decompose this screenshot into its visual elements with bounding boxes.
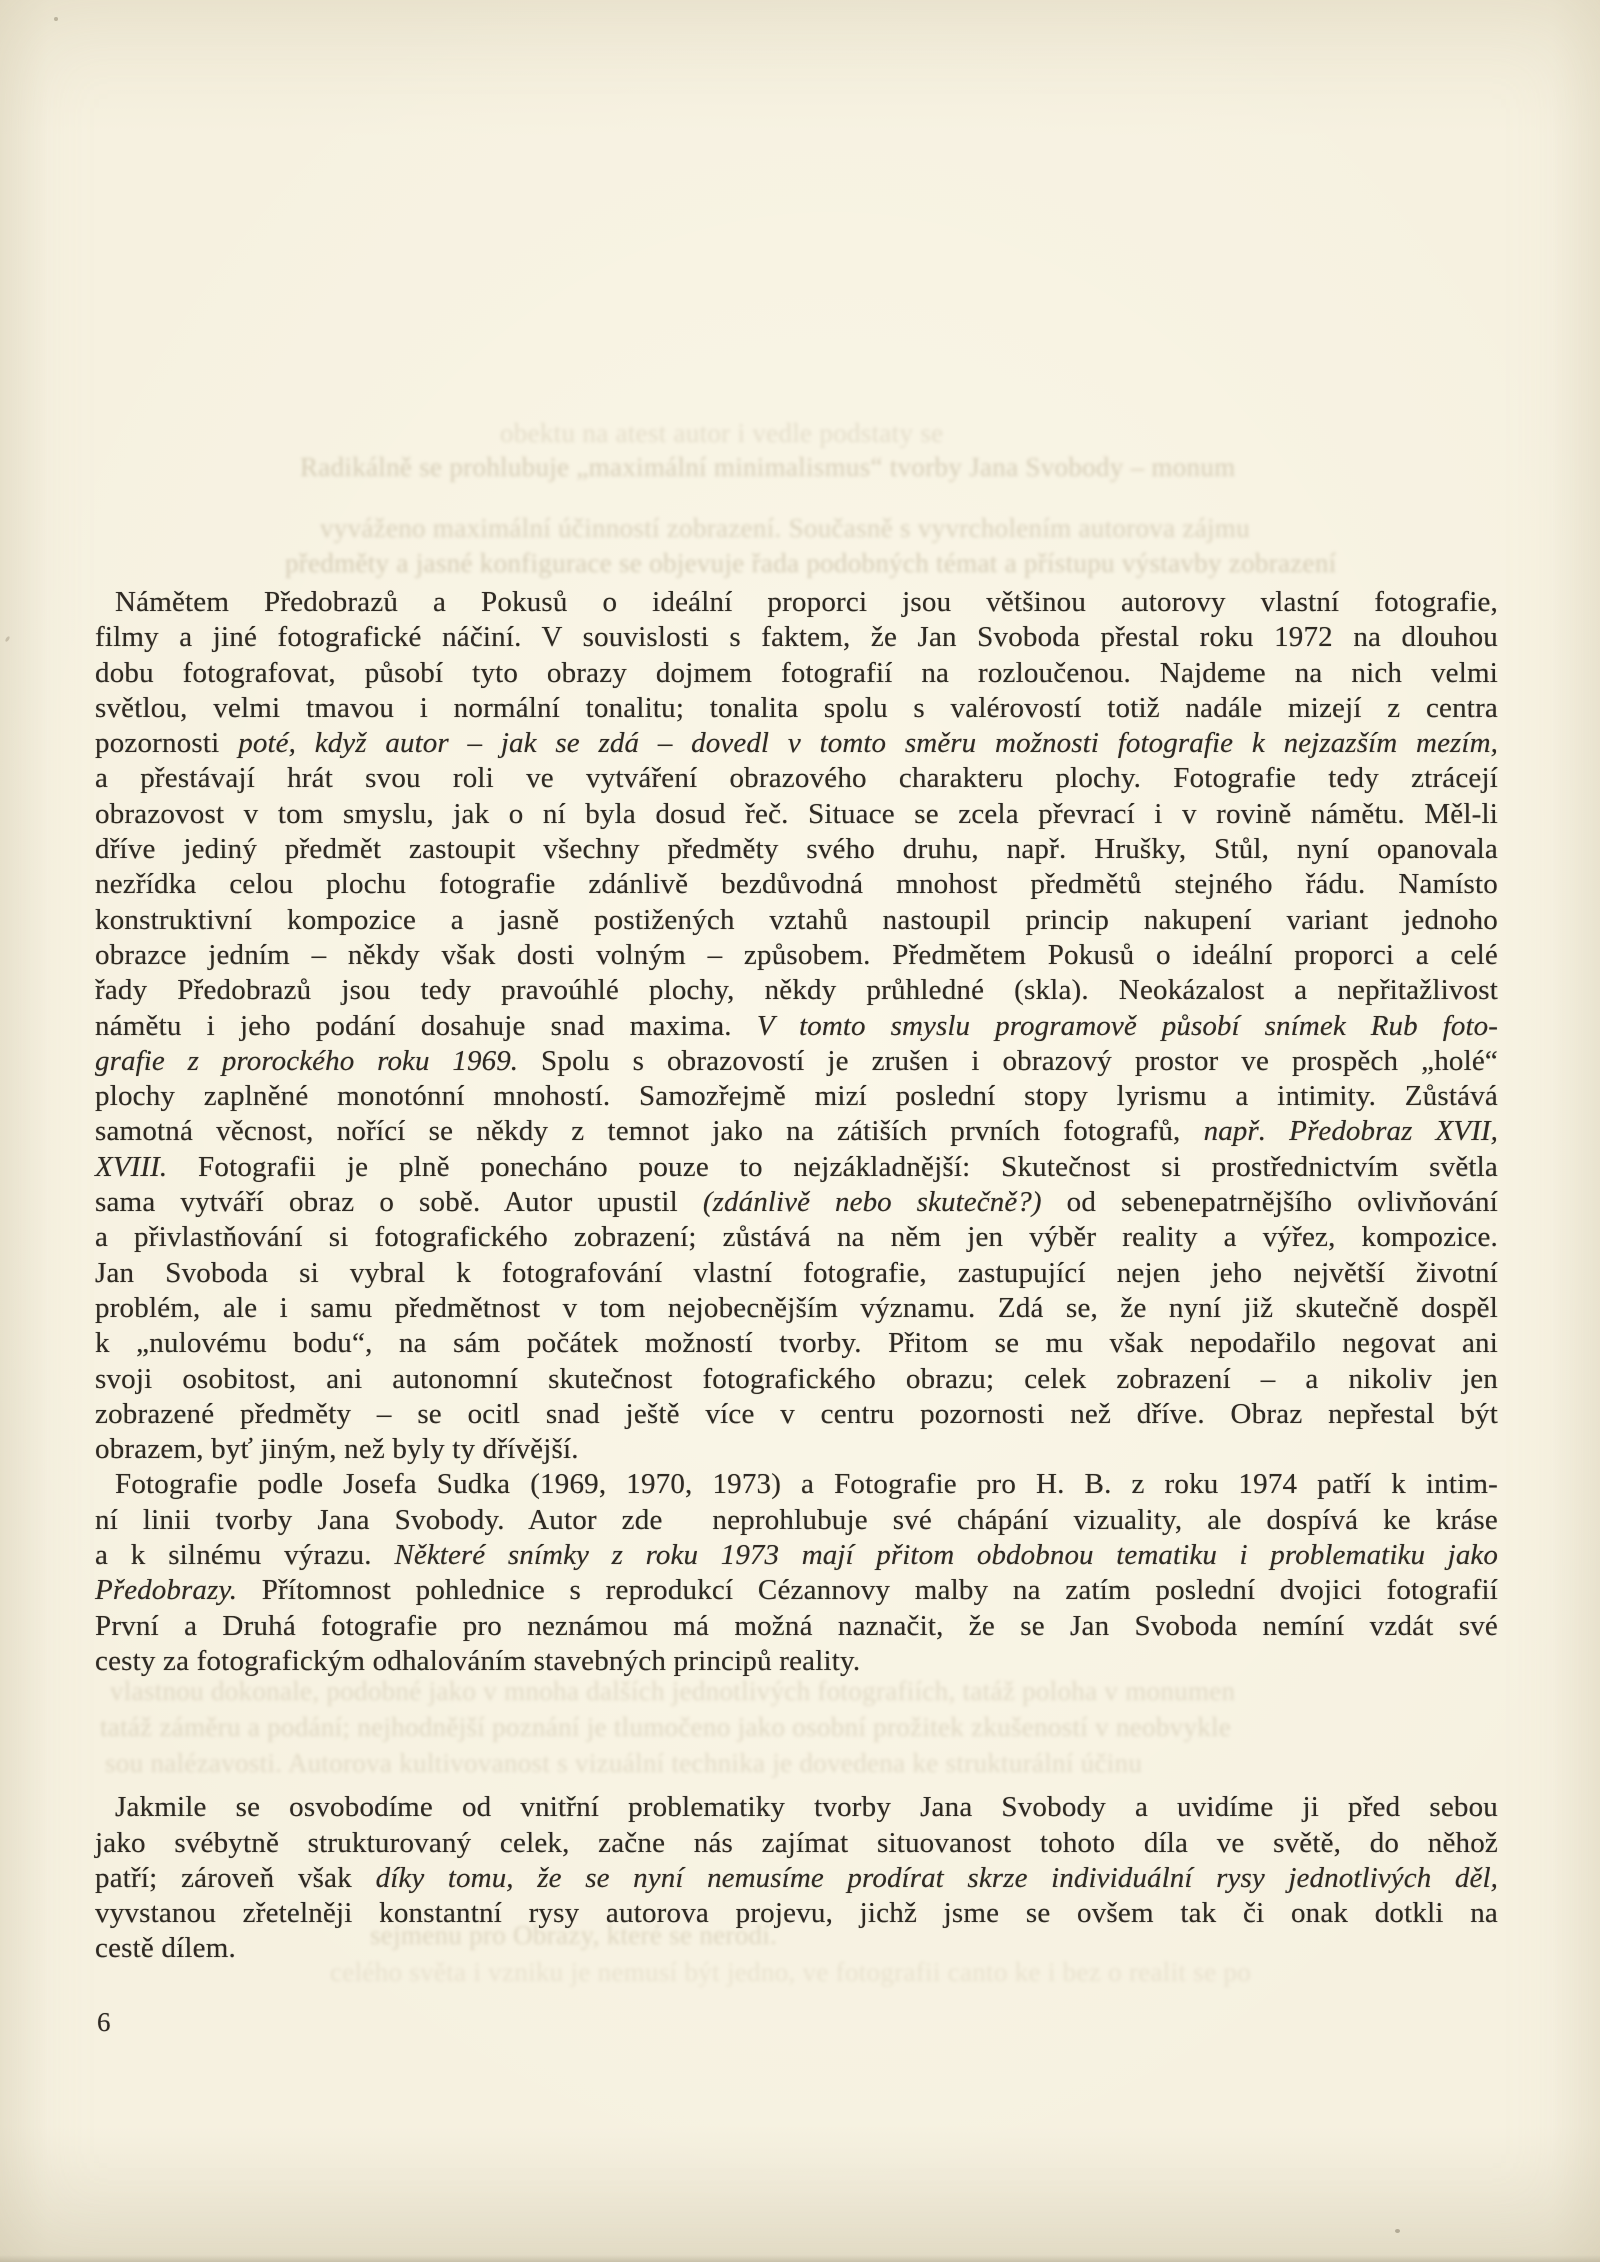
text-line: dobu fotografovat, působí tyto obrazy do… (95, 656, 1498, 691)
text-segment: ní linii tvorby Jana Svobody. Autor zde … (95, 1504, 1498, 1536)
text-segment: Přítomnost pohlednice s reprodukcí Cézan… (237, 1574, 1498, 1606)
text-segment: obrazovost v tom smyslu, jak o ní byla d… (95, 798, 1498, 830)
text-line: světlou, velmi tmavou i normální tonalit… (95, 691, 1498, 726)
text-segment: světlou, velmi tmavou i normální tonalit… (95, 692, 1498, 724)
text-line: Fotografie podle Josefa Sudka (1969, 197… (95, 1467, 1498, 1502)
text-segment: cesty za fotografickým odhalováním stave… (95, 1645, 860, 1677)
text-line: a přestávají hrát svou roli ve vytváření… (95, 761, 1498, 796)
text-segment: patří; zároveň však (95, 1862, 376, 1894)
ink-speck (54, 17, 58, 21)
text-line: a přivlastňování si fotografického zobra… (95, 1220, 1498, 1255)
text-segment: cestě dílem. (95, 1932, 236, 1964)
text-line: řady Předobrazů jsou tedy pravoúhlé ploc… (95, 973, 1498, 1008)
text-line: konstruktivní kompozice a jasně postižen… (95, 903, 1498, 938)
text-segment: námětu i jeho podání dosahuje snad maxim… (95, 1010, 757, 1042)
text-line: k „nulovému bodu“, na sám počátek možnos… (95, 1326, 1498, 1361)
page-number: 6 (97, 2007, 111, 2038)
text-line: cesty za fotografickým odhalováním stave… (95, 1644, 1498, 1679)
text-line: patří; zároveň však díky tomu, že se nyn… (95, 1861, 1498, 1896)
text-line: problém, ale i samu předmětnost v tom ne… (95, 1291, 1498, 1326)
text-line: samotná věcnost, nořící se někdy z temno… (95, 1114, 1498, 1149)
italic-text-segment: díky tomu, že se nyní nemusíme prodírat … (376, 1862, 1498, 1894)
text-segment: sama vytváří obraz o sobě. Autor upustil (95, 1186, 703, 1218)
italic-text-segment: grafie z prorockého roku 1969. (95, 1045, 518, 1077)
text-segment: a přivlastňování si fotografického zobra… (95, 1221, 1498, 1253)
text-line: První a Druhá fotografie pro neznámou má… (95, 1609, 1498, 1644)
text-segment: Fotografii je plně ponecháno pouze to ne… (167, 1151, 1498, 1183)
italic-text-segment: Předobrazy. (95, 1574, 237, 1606)
text-segment: Fotografie podle Josefa Sudka (1969, 197… (115, 1468, 1498, 1500)
bleed-through-line: obektu na atest autor i vedle podstaty s… (500, 418, 1400, 450)
text-segment: k „nulovému bodu“, na sám počátek možnos… (95, 1327, 1498, 1359)
bleed-through-line: Radikálně se prohlubuje „maximální minim… (300, 452, 1500, 484)
text-line: a k silnému výrazu. Některé snímky z rok… (95, 1538, 1498, 1573)
text-line: obrazce jedním – někdy však dosti volným… (95, 938, 1498, 973)
text-segment: dříve jediný předmět zastoupit všechny p… (95, 833, 1498, 865)
italic-text-segment: poté, když autor – jak se zdá – dovedl v… (238, 727, 1498, 759)
text-segment: jako svébytně strukturovaný celek, začne… (95, 1827, 1498, 1859)
text-segment: samotná věcnost, nořící se někdy z temno… (95, 1115, 1204, 1147)
text-line: plochy zaplněné monotónní mnohostí. Samo… (95, 1079, 1498, 1114)
bleed-through-line: předměty a jasné konfigurace se objevuje… (285, 548, 1500, 580)
text-segment: zobrazené předměty – se ocitl snad ještě… (95, 1398, 1498, 1430)
italic-text-segment: Některé snímky z roku 1973 mají přitom o… (394, 1539, 1498, 1571)
text-segment: problém, ale i samu předmětnost v tom ne… (95, 1292, 1498, 1324)
text-line: sama vytváří obraz o sobě. Autor upustil… (95, 1185, 1498, 1220)
bleed-through-line: vyváženo maximální účinností zobrazení. … (320, 513, 1500, 545)
italic-text-segment: XVIII. (95, 1151, 167, 1183)
text-line: Předobrazy. Přítomnost pohlednice s repr… (95, 1573, 1498, 1608)
text-segment: konstruktivní kompozice a jasně postižen… (95, 904, 1498, 936)
text-line: jako svébytně strukturovaný celek, začne… (95, 1826, 1498, 1861)
paragraph-2: Fotografie podle Josefa Sudka (1969, 197… (95, 1467, 1498, 1679)
text-line: obrazem, byť jiným, než byly ty dřívější… (95, 1432, 1498, 1467)
text-segment: První a Druhá fotografie pro neznámou má… (95, 1610, 1498, 1642)
text-segment: obrazem, byť jiným, než byly ty dřívější… (95, 1433, 579, 1465)
text-line: dříve jediný předmět zastoupit všechny p… (95, 832, 1498, 867)
text-segment: Spolu s obrazovostí je zrušen i obrazový… (518, 1045, 1498, 1077)
ink-speck (1395, 2229, 1400, 2233)
paragraph-1: Námětem Předobrazů a Pokusů o ideální pr… (95, 585, 1498, 1467)
text-segment: nezřídka celou plochu fotografie zdánliv… (95, 868, 1498, 900)
text-line: ní linii tvorby Jana Svobody. Autor zde … (95, 1503, 1498, 1538)
text-segment: Jan Svoboda si vybral k fotografování vl… (95, 1257, 1498, 1289)
text-line: nezřídka celou plochu fotografie zdánliv… (95, 867, 1498, 902)
text-segment: Námětem Předobrazů a Pokusů o ideální pr… (115, 586, 1498, 618)
paragraph-3: Jakmile se osvobodíme od vnitřní problem… (95, 1790, 1498, 1966)
text-segment: plochy zaplněné monotónní mnohostí. Samo… (95, 1080, 1498, 1112)
text-line: grafie z prorockého roku 1969. Spolu s o… (95, 1044, 1498, 1079)
text-line: pozornosti poté, když autor – jak se zdá… (95, 726, 1498, 761)
text-line: vyvstanou zřetelněji konstantní rysy aut… (95, 1896, 1498, 1931)
text-segment: svoji osobitost, ani autonomní skutečnos… (95, 1363, 1498, 1395)
scanned-book-page: { "page": { "paper_color": "#f6f1e0", "i… (0, 0, 1600, 2262)
italic-text-segment: např. Předobraz XVII, (1204, 1115, 1498, 1147)
text-segment: řady Předobrazů jsou tedy pravoúhlé ploc… (95, 974, 1498, 1006)
text-segment: Jakmile se osvobodíme od vnitřní problem… (115, 1791, 1498, 1823)
text-line: zobrazené předměty – se ocitl snad ještě… (95, 1397, 1498, 1432)
text-column: Námětem Předobrazů a Pokusů o ideální pr… (95, 585, 1498, 1967)
text-segment: od sebenepatrnějšího ovlivňování (1042, 1186, 1498, 1218)
text-line: Jan Svoboda si vybral k fotografování vl… (95, 1256, 1498, 1291)
text-segment: a přestávají hrát svou roli ve vytváření… (95, 762, 1498, 794)
text-line: XVIII. Fotografii je plně ponecháno pouz… (95, 1150, 1498, 1185)
text-line: námětu i jeho podání dosahuje snad maxim… (95, 1009, 1498, 1044)
text-line: Jakmile se osvobodíme od vnitřní problem… (95, 1790, 1498, 1825)
text-line: cestě dílem. (95, 1931, 1498, 1966)
text-segment: obrazce jedním – někdy však dosti volným… (95, 939, 1498, 971)
italic-text-segment: (zdánlivě nebo skutečně?) (703, 1186, 1042, 1218)
text-segment: dobu fotografovat, působí tyto obrazy do… (95, 657, 1498, 689)
text-segment: pozornosti (95, 727, 238, 759)
text-line: svoji osobitost, ani autonomní skutečnos… (95, 1362, 1498, 1397)
text-segment: vyvstanou zřetelněji konstantní rysy aut… (95, 1897, 1498, 1929)
text-segment: filmy a jiné fotografické náčiní. V souv… (95, 621, 1498, 653)
text-segment: a k silnému výrazu. (95, 1539, 394, 1571)
text-line: filmy a jiné fotografické náčiní. V souv… (95, 620, 1498, 655)
page-edge-shadow (0, 2255, 1600, 2262)
text-line: obrazovost v tom smyslu, jak o ní byla d… (95, 797, 1498, 832)
italic-text-segment: V tomto smyslu programově působí snímek … (757, 1010, 1498, 1042)
text-line: Námětem Předobrazů a Pokusů o ideální pr… (95, 585, 1498, 620)
